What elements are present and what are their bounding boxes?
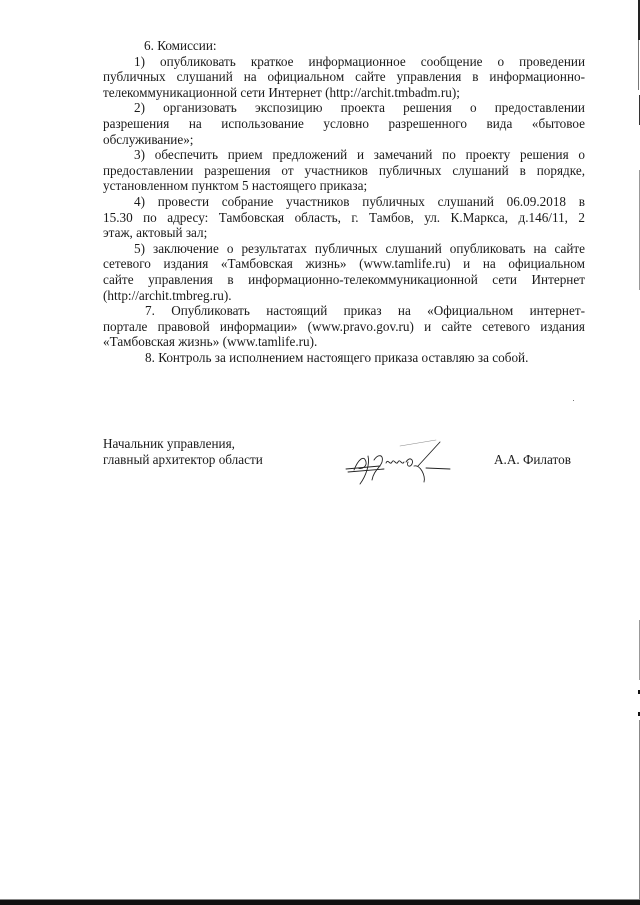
item-2-line-3: обслуживание»; (103, 132, 585, 148)
point-8-line-1: 8. Контроль за исполнением настоящего пр… (103, 350, 585, 366)
item-3-line-2: предоставлении разрешения от участников … (103, 163, 585, 179)
item-5-line-1: 5) заключение о результатах публичных сл… (103, 241, 585, 257)
item-1-line-1: 1) опубликовать краткое информационное с… (103, 54, 585, 70)
handwritten-signature-icon (340, 436, 460, 494)
item-1-line-2: публичных слушаний на официальном сайте … (103, 69, 585, 85)
item-5-line-3: сайте управления в информационно-телеком… (103, 272, 585, 288)
scan-edge-bottom (0, 900, 640, 905)
item-3-line-3: установленном пунктом 5 настоящего прика… (103, 178, 585, 194)
scan-speck (573, 400, 574, 401)
item-2-line-2: разрешения на использование условно разр… (103, 116, 585, 132)
item-4-line-2: 15.30 по адресу: Тамбовская область, г. … (103, 210, 585, 226)
signatory-name: А.А. Филатов (494, 452, 571, 468)
item-4-line-3: этаж, актовый зал; (103, 225, 585, 241)
item-2-line-1: 2) организовать экспозицию проекта решен… (103, 100, 585, 116)
section-heading: 6. Комиссии: (103, 38, 585, 54)
point-7-line-2: портале правовой информации» (www.pravo.… (103, 319, 585, 335)
point-7-line-3: «Тамбовская жизнь» (www.tamlife.ru). (103, 334, 585, 350)
item-4-line-1: 4) провести собрание участников публичны… (103, 194, 585, 210)
position-line-2: главный архитектор области (103, 452, 263, 468)
document-page: 6. Комиссии: 1) опубликовать краткое инф… (0, 0, 640, 905)
point-7-line-1: 7. Опубликовать настоящий приказ на «Офи… (103, 303, 585, 319)
item-1-line-3: телекоммуникационной сети Интернет (http… (103, 85, 585, 101)
item-5-line-4: (http://archit.tmbreg.ru). (103, 288, 585, 304)
signatory-position: Начальник управления, главный архитектор… (103, 436, 263, 468)
position-line-1: Начальник управления, (103, 436, 263, 452)
document-body: 6. Комиссии: 1) опубликовать краткое инф… (103, 38, 585, 365)
item-3-line-1: 3) обеспечить прием предложений и замеча… (103, 147, 585, 163)
item-5-line-2: сетевого издания «Тамбовская жизнь» (www… (103, 256, 585, 272)
